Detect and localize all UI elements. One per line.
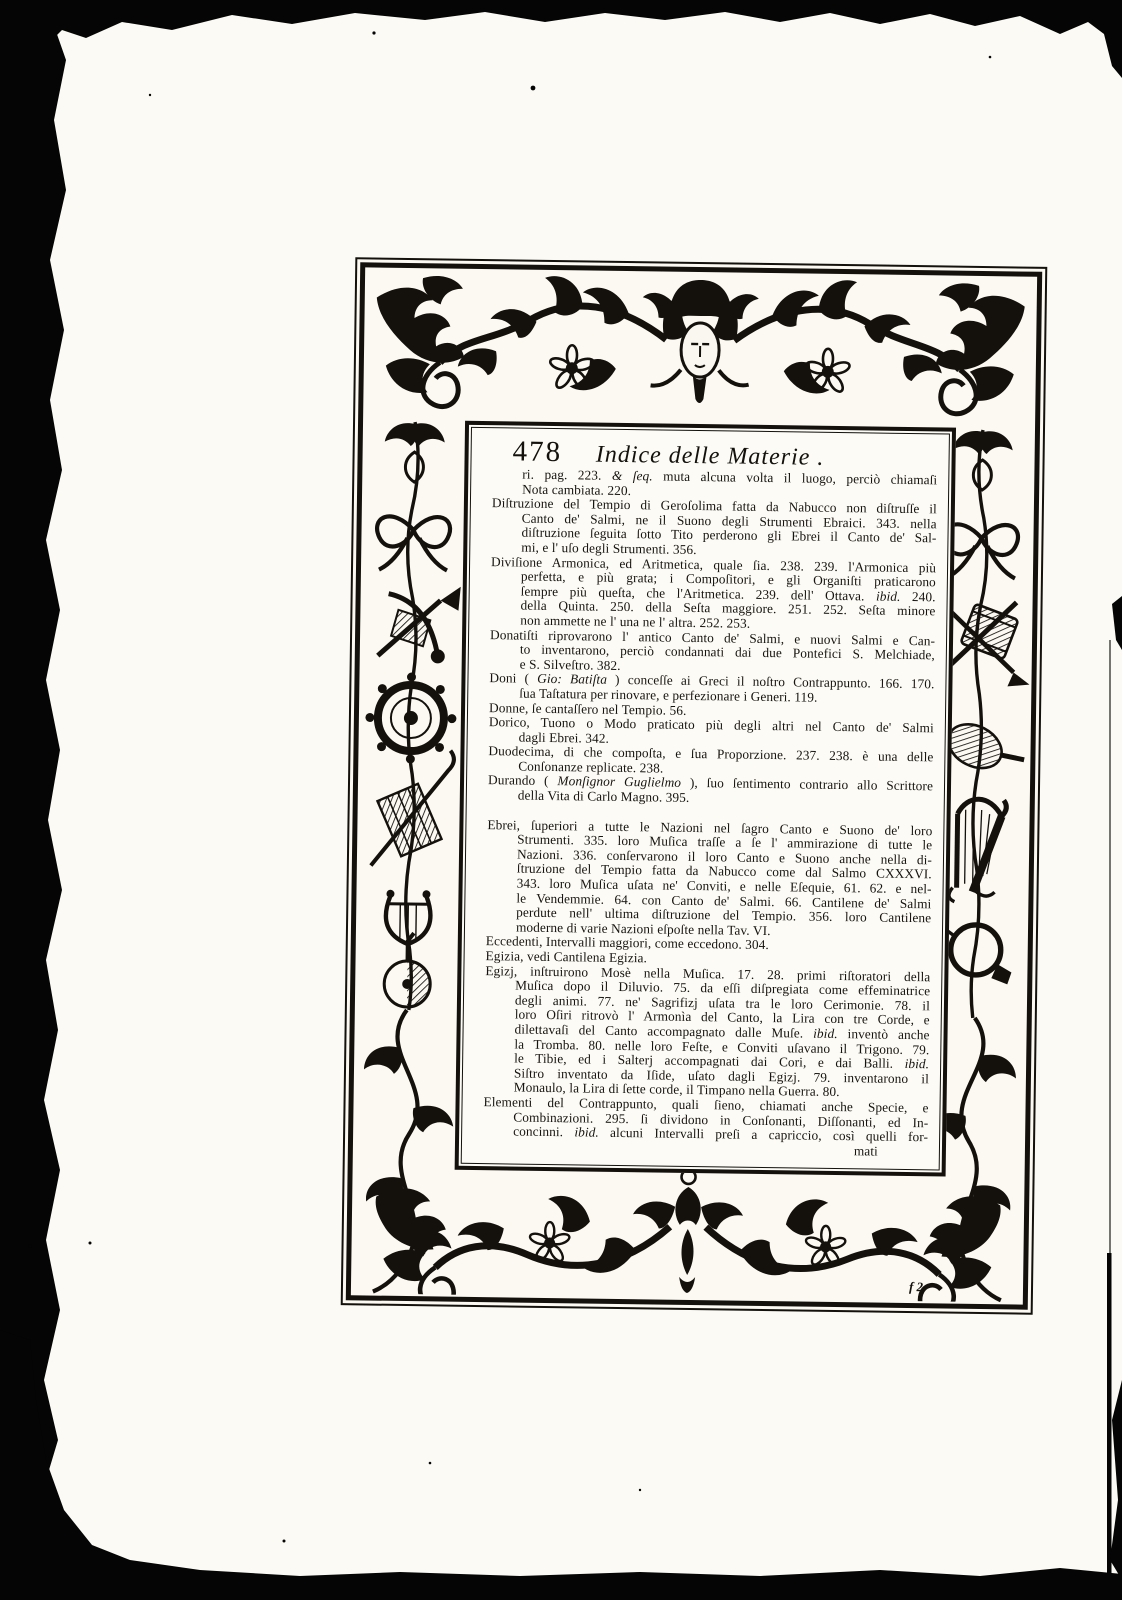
harp-icon: [949, 799, 1007, 903]
index-entry: Ebrei, ſuperiori a tutte le Nazioni nel …: [486, 818, 933, 941]
index-entry: Egizj, inſtruirono Mosè nella Muſica. 17…: [484, 964, 931, 1102]
mandolin-icon: [941, 716, 1029, 787]
tambourine-icon: [365, 672, 457, 764]
palmette-icon: [632, 1169, 744, 1294]
trumpet-and-horn-icon: [378, 586, 461, 664]
index-body: ri. pag. 223. & ſeq. muta alcuna volta i…: [483, 467, 937, 1145]
index-entry: Diſtruzione del Tempio di Geroſolima fat…: [491, 496, 937, 561]
index-entry: Elementi del Contrappunto, quali ſieno, …: [483, 1095, 929, 1145]
signature-mark: f 2.: [909, 1279, 927, 1295]
ornamental-border-frame: 478 Indice delle Materie . ri. pag. 223.…: [341, 257, 1048, 1315]
index-entry: Durando ( Monſignor Guglielmo ), ſuo ſen…: [488, 774, 933, 809]
index-entry: Donatiſti riprovarono l' antico Canto de…: [490, 628, 936, 678]
text-panel: 478 Indice delle Materie . ri. pag. 223.…: [455, 421, 956, 1177]
index-text: ri. pag. 223. & ſeq. muta alcuna volta i…: [483, 467, 938, 1168]
ribbon-bow-icon: [944, 524, 1018, 578]
mask-face-icon: [641, 279, 759, 404]
headpiece-engraving: [365, 269, 1035, 426]
lute-icon: [384, 933, 431, 1008]
index-entry: Diviſione Armonica, ed Aritmetica, quale…: [490, 555, 936, 634]
scanned-book-page: 478 Indice delle Materie . ri. pag. 223.…: [0, 0, 1122, 1600]
ribbon-bow-icon: [377, 516, 451, 570]
lyre-icon: [386, 890, 431, 945]
